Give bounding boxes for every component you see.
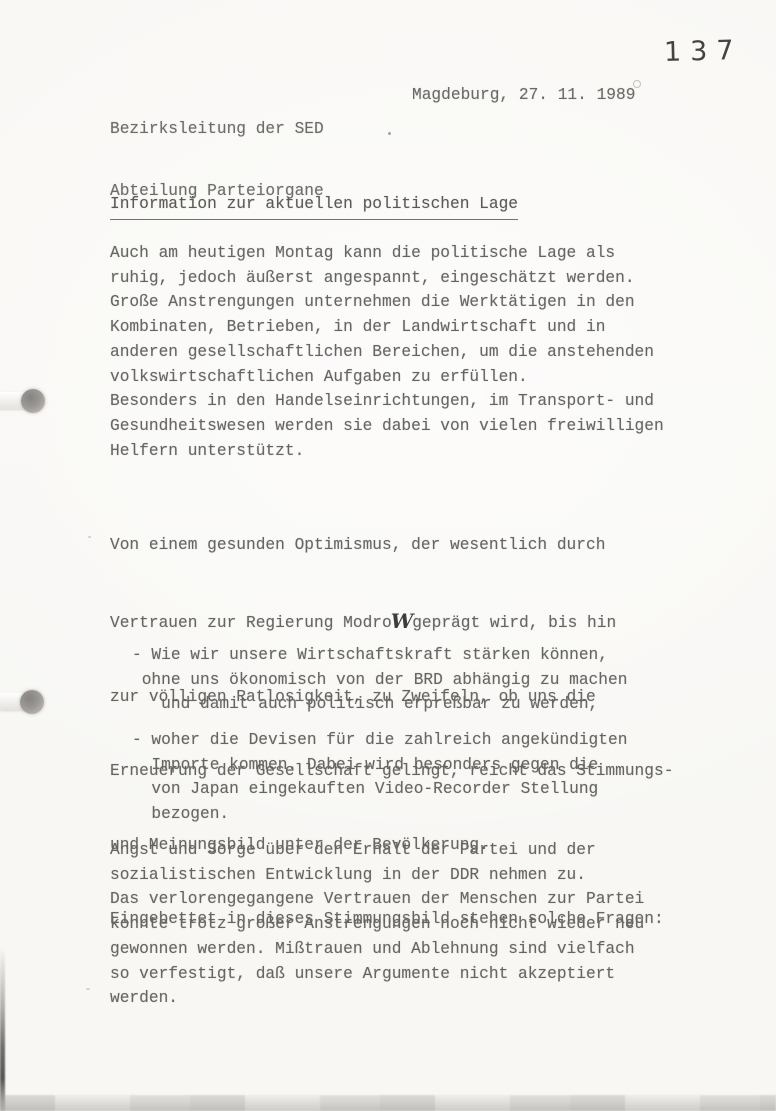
scan-bottom-band xyxy=(0,1095,776,1111)
text-line: Das verlorengegangene Vertrauen der Mens… xyxy=(110,887,644,912)
text-line: Angst und Sorge über den Erhalt der Part… xyxy=(110,838,644,863)
scan-left-edge-shadow xyxy=(0,948,5,1111)
text-line-with-correction: Vertrauen zur Regierung ModroWgeprägt wi… xyxy=(110,608,673,636)
text-line: Besonders in den Handelseinrichtungen, i… xyxy=(110,389,664,414)
text-line: Helfern unterstützt. xyxy=(110,439,664,464)
org-line-1: Bezirksleitung der SED xyxy=(110,120,324,145)
text-line: Von einem gesunden Optimismus, der wesen… xyxy=(110,533,673,558)
text-line: werden. xyxy=(110,986,644,1011)
text-line: gewonnen werden. Mißtrauen und Ablehnung… xyxy=(110,937,644,962)
text-segment: Vertrauen zur Regierung Modro xyxy=(110,614,392,632)
text-line: Kombinaten, Betrieben, in der Landwirtsc… xyxy=(110,315,664,340)
ink-speck xyxy=(633,80,641,88)
text-line: ruhig, jedoch äußerst angespannt, einges… xyxy=(110,266,664,291)
text-line: so verfestigt, daß unsere Argumente nich… xyxy=(110,962,644,987)
text-line: volkswirtschaftlichen Aufgaben zu erfüll… xyxy=(110,365,664,390)
paragraph-situation: Auch am heutigen Montag kann die politis… xyxy=(110,241,664,463)
text-line: Gesundheitswesen werden sie dabei von vi… xyxy=(110,414,664,439)
document-title: Information zur aktuellen politischen La… xyxy=(110,192,518,220)
ink-speck xyxy=(388,132,391,135)
ink-speck xyxy=(86,988,90,990)
page-number: 137 xyxy=(664,35,743,68)
bullet-imports: - woher die Devisen für die zahlreich an… xyxy=(132,728,627,827)
text-line: konnte trotz großer Anstrengungen noch n… xyxy=(110,912,644,937)
text-line: sozialistischen Entwicklung in der DDR n… xyxy=(110,863,644,888)
scan-page: 137 Bezirksleitung der SED Abteilung Par… xyxy=(0,0,776,1111)
bullet-economy: - Wie wir unsere Wirtschaftskraft stärke… xyxy=(132,643,627,717)
text-line: und damit auch politisch erpreßbar zu we… xyxy=(132,692,627,717)
text-line: anderen gesellschaftlichen Bereichen, um… xyxy=(110,340,664,365)
text-line: - woher die Devisen für die zahlreich an… xyxy=(132,728,627,753)
text-line: Große Anstrengungen unternehmen die Werk… xyxy=(110,290,664,315)
paragraph-party-trust: Angst und Sorge über den Erhalt der Part… xyxy=(110,838,644,1011)
hole-punch-bottom xyxy=(20,690,44,714)
text-line: Auch am heutigen Montag kann die politis… xyxy=(110,241,664,266)
text-segment: geprägt wird, bis hin xyxy=(412,614,616,632)
hole-punch-top xyxy=(21,389,45,413)
ink-speck xyxy=(88,536,91,538)
letterhead: Bezirksleitung der SED Abteilung Parteio… xyxy=(110,83,324,244)
text-line: ohne uns ökonomisch von der BRD abhängig… xyxy=(132,668,627,693)
text-line: Importe kommen. Dabei wird besonders geg… xyxy=(132,753,627,778)
text-line: bezogen. xyxy=(132,802,627,827)
handwritten-correction: W xyxy=(391,609,413,633)
text-line: von Japan eingekauften Video-Recorder St… xyxy=(132,777,627,802)
dateline: Magdeburg, 27. 11. 1989 xyxy=(412,83,635,108)
text-line: - Wie wir unsere Wirtschaftskraft stärke… xyxy=(132,643,627,668)
